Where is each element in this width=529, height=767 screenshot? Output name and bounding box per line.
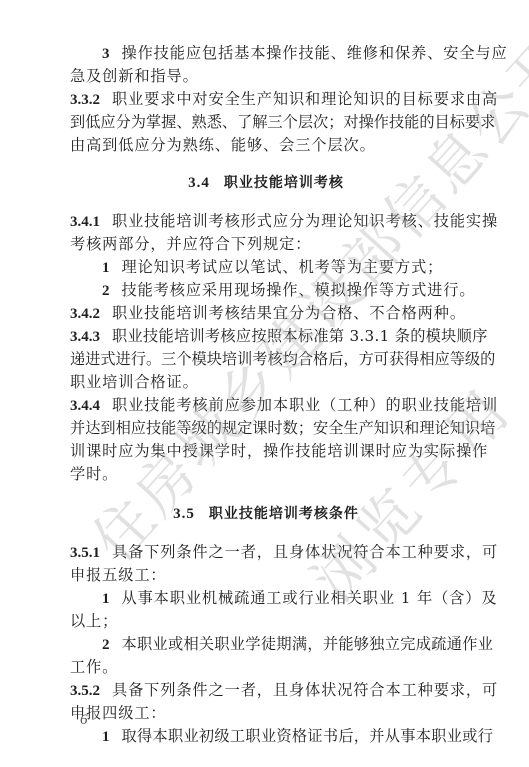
item-number: 1 bbox=[102, 591, 110, 607]
clause-3-3-2: 3.3.2职业要求中对安全生产知识和理论知识的目标要求由高 bbox=[70, 88, 462, 110]
text: 职业技能培训考核应按照本标准第 3.3.1 条的模块顺序 bbox=[112, 327, 488, 345]
list-item-1: 1理论知识考试应以笔试、机考等为主要方式； bbox=[102, 256, 443, 278]
clause-3-5-1: 3.5.1具备下列条件之一者，且身体状况符合本工种要求，可 bbox=[70, 541, 462, 563]
item-number: 3 bbox=[102, 46, 110, 62]
clause-3-4-3: 3.4.3职业技能培训考核应按照本标准第 3.3.1 条的模块顺序 bbox=[70, 325, 462, 347]
clause-number: 3.4.2 bbox=[70, 306, 100, 322]
clause-number: 3.5.2 bbox=[70, 683, 100, 699]
section-number: 3.5 bbox=[173, 506, 195, 522]
section-heading-3-5: 3.5职业技能培训考核条件 bbox=[70, 503, 462, 525]
text: 具备下列条件之一者，且身体状况符合本工种要求，可 bbox=[112, 681, 498, 699]
clause-3-4-2: 3.4.2职业技能培训考核结果宜分为合格、不合格两种。 bbox=[70, 302, 466, 324]
clause-3-5-2: 3.5.2具备下列条件之一者，且身体状况符合本工种要求，可 bbox=[70, 679, 462, 701]
text-line: 训课时应为集中授课学时，操作技能培训课时应为实际操作 bbox=[70, 440, 462, 462]
item-number: 2 bbox=[102, 637, 110, 653]
text: 理论知识考试应以笔试、机考等为主要方式； bbox=[122, 258, 444, 276]
text-line: 到低应分为掌握、熟悉、了解三个层次；对操作技能的目标要求 bbox=[70, 111, 462, 133]
clause-number: 3.3.2 bbox=[70, 92, 100, 108]
text: 操作技能应包括基本操作技能、维修和保养、安全与应 bbox=[122, 44, 508, 62]
text: 职业要求中对安全生产知识和理论知识的目标要求由高 bbox=[112, 90, 498, 108]
list-item-1: 1取得本职业初级工职业资格证书后，并从事本职业或行 bbox=[102, 725, 462, 747]
text: 具备下列条件之一者，且身体状况符合本工种要求，可 bbox=[112, 543, 498, 561]
list-item-2: 2本职业或相关职业学徒期满，并能够独立完成疏通作业 bbox=[102, 633, 462, 655]
clause-number: 3.4.3 bbox=[70, 329, 100, 345]
text-line: 急及创新和指导。 bbox=[70, 65, 199, 87]
item-number: 1 bbox=[102, 729, 110, 745]
clause-number: 3.5.1 bbox=[70, 545, 100, 561]
text-line: 职业培训合格证。 bbox=[70, 371, 199, 393]
section-number: 3.4 bbox=[188, 175, 210, 191]
list-item-1: 1从事本职业机械疏通工或行业相关职业 1 年（含）及 bbox=[102, 587, 462, 609]
text: 职业技能培训考核形式应分为理论知识考核、技能实操 bbox=[112, 212, 498, 230]
text-line: 并达到相应技能等级的规定课时数；安全生产知识和理论知识培 bbox=[70, 417, 462, 439]
page-number: 6 bbox=[80, 712, 88, 729]
text: 职业技能考核前应参加本职业（工种）的职业技能培训 bbox=[112, 396, 498, 414]
text-line: 学时。 bbox=[70, 463, 118, 485]
list-item-2: 2技能考核应采用现场操作、模拟操作等方式进行。 bbox=[102, 279, 475, 301]
text-line: 工作。 bbox=[70, 656, 118, 678]
section-heading-3-4: 3.4职业技能培训考核 bbox=[70, 172, 462, 194]
clause-number: 3.4.4 bbox=[70, 398, 100, 414]
clause-3-4-1: 3.4.1职业技能培训考核形式应分为理论知识考核、技能实操 bbox=[70, 210, 462, 232]
text-line: 由高到低应分为熟练、能够、会三个层次。 bbox=[70, 134, 376, 156]
text: 技能考核应采用现场操作、模拟操作等方式进行。 bbox=[122, 281, 476, 299]
clause-number: 3.4.1 bbox=[70, 214, 100, 230]
clause-3-4-4: 3.4.4职业技能考核前应参加本职业（工种）的职业技能培训 bbox=[70, 394, 462, 416]
text-line: 以上； bbox=[70, 610, 118, 632]
text: 从事本职业机械疏通工或行业相关职业 1 年（含）及 bbox=[122, 589, 498, 607]
text-line: 考核两部分，并应符合下列规定： bbox=[70, 233, 311, 255]
text: 本职业或相关职业学徒期满，并能够独立完成疏通作业 bbox=[122, 635, 494, 653]
text-line: 申报五级工： bbox=[70, 564, 167, 586]
item-number: 2 bbox=[102, 283, 110, 299]
section-title: 职业技能培训考核 bbox=[224, 175, 344, 191]
text-line: 递进式进行。三个模块培训考核均合格后，方可获得相应等级的 bbox=[70, 348, 462, 370]
text: 职业技能培训考核结果宜分为合格、不合格两种。 bbox=[112, 304, 466, 322]
item-number: 1 bbox=[102, 260, 110, 276]
list-item-3: 3操作技能应包括基本操作技能、维修和保养、安全与应 bbox=[102, 42, 462, 64]
text: 取得本职业初级工职业资格证书后，并从事本职业或行 bbox=[122, 727, 494, 745]
section-title: 职业技能培训考核条件 bbox=[209, 506, 359, 522]
